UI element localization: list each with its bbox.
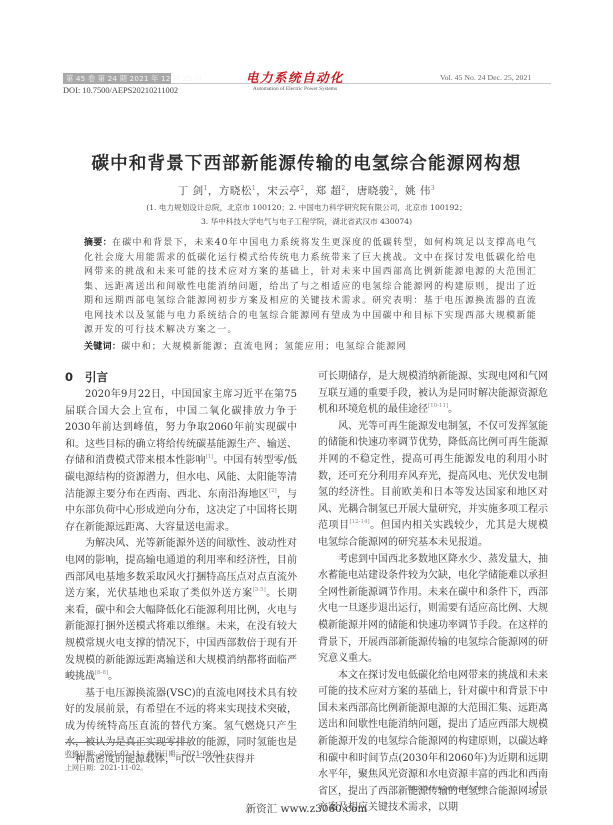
section-number: 0 (65, 370, 73, 384)
affiliation-line-2: 3. 华中科技大学电气与电子工程学院，湖北省武汉市 430074) (0, 216, 613, 227)
watermark: 新资汇 www.z3060.com (0, 801, 613, 816)
body-paragraph: 2020年9月22日，中国国家主席习近平在第75届联合国大会上宣布，中国二氧化碳… (65, 387, 297, 536)
keywords-text: 碳中和；大规模新能源；直流电网；氢能应用；电氢综合能源网 (121, 342, 407, 352)
doi: DOI: 10.7500/AEPS20210211002 (63, 86, 178, 95)
citation-ref[interactable]: [10-11] (428, 403, 448, 409)
author-list: 丁 剑1，方晓松1，宋云亭2，郑 超2，唐晓骏2，姚 伟3 (0, 183, 613, 198)
abstract-text: 在碳中和背景下，未来40年中国电力系统将发生更深度的低碳转型，如何构筑足以支撑高… (84, 238, 537, 335)
journal-name-en: Automation of Electric Power Systems (225, 86, 365, 92)
footnote-divider (65, 742, 190, 743)
author-affiliation-ref: 3 (431, 185, 435, 192)
author-separator: ， (256, 185, 267, 197)
body-column-left: 2020年9月22日，中国国家主席习近平在第75届联合国大会上宣布，中国二氧化碳… (65, 387, 297, 769)
journal-logo: 电力系统自动化 (230, 68, 360, 86)
section-heading: 0引言 (65, 369, 108, 385)
citation-ref[interactable]: [1] (206, 454, 214, 460)
keywords-label: 关键词： (84, 342, 121, 352)
author-name: 方晓松 (219, 185, 252, 197)
page-number: 1 (535, 781, 540, 791)
citation-ref[interactable]: [3-5] (253, 587, 266, 593)
author-name: 姚 伟 (405, 185, 431, 197)
keywords: 关键词：碳中和；大规模新能源；直流电网；氢能应用；电氢综合能源网 (84, 340, 537, 354)
header-divider (171, 83, 551, 84)
author-name: 郑 超 (316, 185, 342, 197)
issue-info-bar: 第 45 卷 第 24 期 2021 年 12 月 25 日 (63, 73, 171, 84)
body-paragraph: 风、光等可再生能源发电制氢，不仅可发挥氢能的储能和快速功率调节优势，降低高比例可… (318, 419, 548, 552)
abstract: 摘要：在碳中和背景下，未来40年中国电力系统将发生更深度的低碳转型，如何构筑足以… (84, 236, 537, 338)
author-separator: ， (305, 185, 316, 197)
author-separator: ， (346, 185, 357, 197)
article-title: 碳中和背景下西部新能源传输的电氢综合能源网构想 (0, 150, 613, 175)
author-name: 丁 剑 (178, 185, 204, 197)
author-name: 唐晓骏 (357, 185, 390, 197)
body-paragraph: 可长期储存，是大规模消纳新能源、实现电网和气网互联互通的重要手段，被认为是同时解… (318, 369, 548, 419)
author-name: 宋云亭 (267, 185, 300, 197)
body-column-right: 可长期储存，是大规模消纳新能源、实现电网和气网互联互通的重要手段，被认为是同时解… (318, 369, 548, 817)
citation-ref[interactable]: [12-14] (349, 519, 369, 525)
citation-ref[interactable]: [2] (269, 488, 277, 494)
footnote-online-date: 上网日期：2021-11-02。 (65, 763, 147, 773)
author-separator: ， (394, 185, 405, 197)
footnote-received-date: 收稿日期：2021-02-11；修回日期：2021-09-03。 (65, 749, 230, 759)
section-title: 引言 (85, 370, 108, 384)
body-paragraph: 为解决风、光等新能源外送的间歇性、波动性对电网的影响，提高输电通道的利用率和经济… (65, 536, 297, 685)
author-separator: ， (208, 185, 219, 197)
journal-url[interactable]: http://www.aeps-info.com (408, 783, 487, 792)
abstract-label: 摘要： (84, 238, 112, 248)
citation-ref[interactable]: [6-8] (95, 670, 108, 676)
body-paragraph: 考虑到中国西北多数地区降水少、蒸发量大，抽水蓄能电站建设条件较为欠缺，电化学储能… (318, 552, 548, 668)
body-paragraph: 本文在探讨发电低碳化给电网带来的挑战和未来可能的技术应对方案的基础上，针对碳中和… (318, 668, 548, 817)
affiliation-line-1: (1. 电力规划设计总院，北京市 100120；2. 中国电力科学研究院有限公司… (0, 202, 613, 213)
volume-info: Vol. 45 No. 24 Dec. 25, 2021 (440, 73, 531, 82)
